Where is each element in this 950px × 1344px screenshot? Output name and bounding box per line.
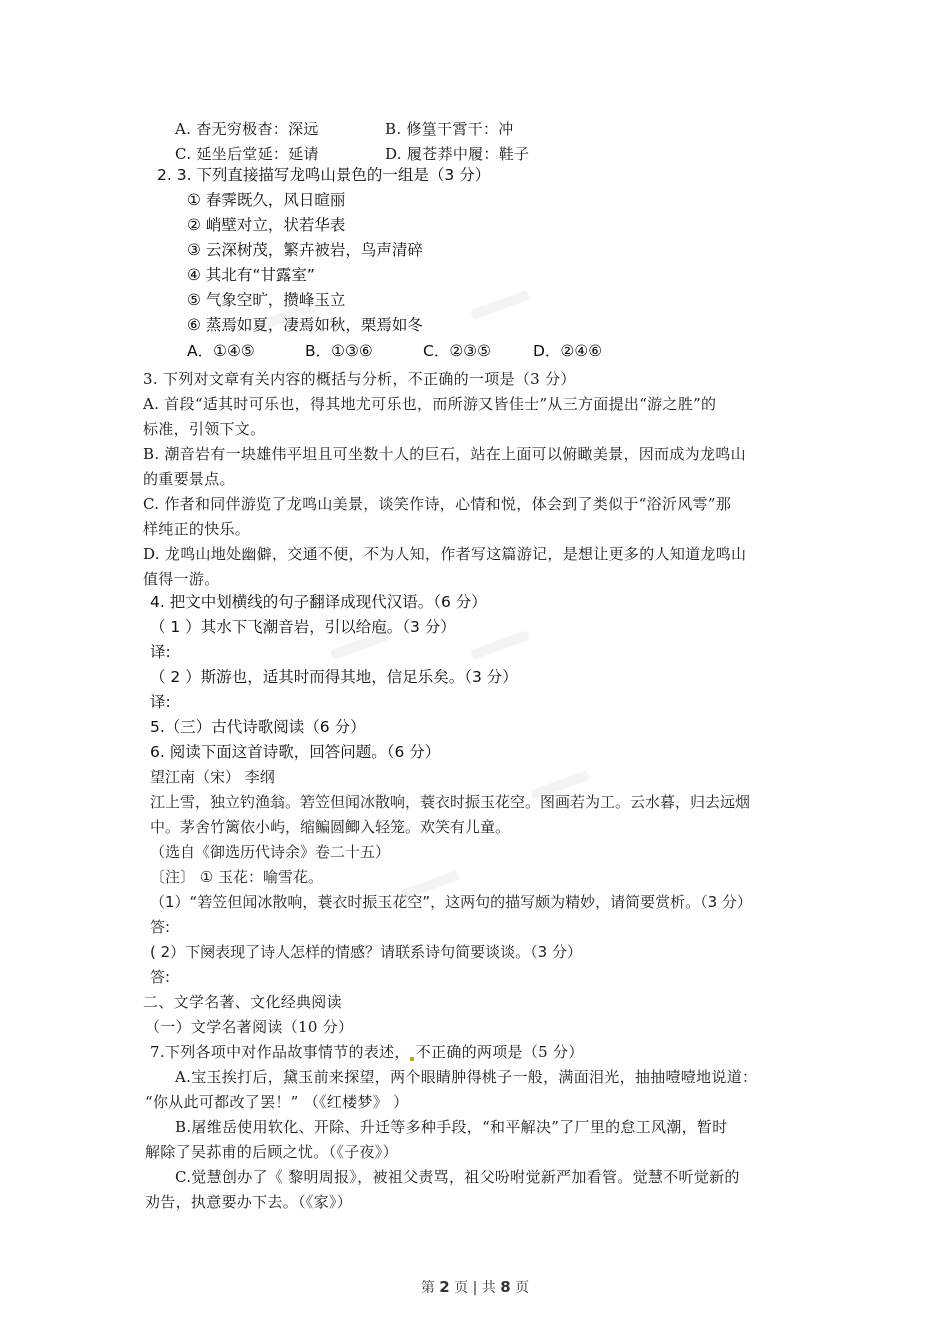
choice-b: B．①③⑥ [305,340,423,362]
q6-answer2-label: 答: [150,966,170,988]
q3-analysis-line: B. 潮音岩有一块雄伟平坦且可坐数十人的巨石，站在上面可以俯瞰美景，因而成为龙鸣… [143,443,746,465]
q4-answer1-label: 译: [150,641,171,663]
q3-analysis-line: D. 龙鸣山地处幽僻，交通不便，不为人知，作者写这篇游记，是想让更多的人知道龙鸣… [143,543,746,565]
footer-prefix: 第 [421,1280,435,1296]
q3-analysis-line: 的重要景点。 [143,468,235,490]
q7-option-line: 劝告，执意要办下去。（《家》） [145,1191,352,1213]
q7-stem-part1: 7.下列各项中对作品故事情节的表述， [150,1043,410,1061]
exam-page: A. 杳无穷极杳：深远B. 修篁干霄干：冲 C. 延坐后堂延：延请D. 履苍莽中… [0,0,950,1344]
watermark [470,630,530,660]
q4-answer2-label: 译: [150,691,171,713]
footer-suffix: 页 [515,1280,529,1296]
q6-stem: 6. 阅读下面这首诗歌，回答问题。（6 分） [150,741,440,763]
q3-scenery-item: ⑤ 气象空旷，攒峰玉立 [187,289,345,311]
choice-d: D．②④⑥ [533,342,602,360]
q2-options-row-1: A. 杳无穷极杳：深远B. 修篁干霄干：冲 [175,118,514,140]
q2-option-b: B. 修篁干霄干：冲 [385,120,514,138]
q3-analysis-line: 值得一游。 [143,568,220,590]
q3-scenery-stem: 2. 3. 下列直接描写龙鸣山景色的一组是（3 分） [157,164,490,186]
choice-c: C．②③⑤ [423,340,533,362]
q6-sub2: ( 2）下阕表现了诗人怎样的情感？请联系诗句简要谈谈。（3 分） [150,941,582,963]
q2-option-a: A. 杳无穷极杳：深远 [175,118,385,140]
q7-option-line: 解除了吴荪甫的后顾之忧。（《子夜》） [145,1141,398,1163]
choice-a: A．①④⑤ [187,340,305,362]
q4-sub2: （ 2 ）斯游也，适其时而得其地，信足乐矣。（3 分） [150,666,518,688]
poem-line: 中。茅舍竹篱依小屿，缩鳊圆鲫入轻笼。欢笑有儿童。 [150,816,510,838]
q7-option-line: C.觉慧创办了《 黎明周报》，被祖父责骂，祖父吩咐觉新严加看管。觉慧不听觉新的 [175,1166,740,1188]
q3-analysis-line: 标准，引领下文。 [143,418,265,440]
poem-source: （选自《御选历代诗余》卷二十五） [150,841,390,863]
q2-option-c: C. 延坐后堂延：延请 [175,143,385,165]
q3-scenery-choices: A．①④⑤B．①③⑥C．②③⑤D．②④⑥ [187,340,602,362]
section2-subheading: （一）文学名著阅读（10 分） [145,1016,353,1038]
total-pages-number: 8 [500,1278,510,1296]
poem-title: 望江南（宋） 李纲 [150,766,275,788]
highlight-mark [410,1057,414,1061]
q2-option-d: D. 履苍莽中履：鞋子 [385,145,529,163]
page-footer: 第 2 页 | 共 8 页 [0,1277,950,1297]
q7-stem: 7.下列各项中对作品故事情节的表述，不正确的两项是（5 分） [150,1041,584,1063]
q7-stem-part2: 不正确的两项是（5 分） [416,1043,584,1061]
section2-heading: 二、文学名著、文化经典阅读 [143,991,342,1013]
q4-stem: 4. 把文中划横线的句子翻译成现代汉语。（6 分） [150,591,487,613]
q2-options-row-2: C. 延坐后堂延：延请D. 履苍莽中履：鞋子 [175,143,529,165]
q3-scenery-item: ③ 云深树茂，繁卉被岩，鸟声清碎 [187,239,423,261]
q3-analysis-stem: 3. 下列对文章有关内容的概括与分析，不正确的一项是（3 分） [143,368,576,390]
q7-option-line: A.宝玉挨打后，黛玉前来探望，两个眼睛肿得桃子一般，满面泪光，抽抽噎噎地说道： [175,1066,757,1088]
q3-scenery-item: ① 春霁既久，风日暄丽 [187,189,345,211]
q7-option-line: B.屠维岳使用软化、开除、升迁等多种手段，“和平解决”了厂里的怠工风潮，暂时 [175,1116,728,1138]
poem-line: 江上雪，独立钓渔翁。箬笠但闻冰散响，蓑衣时振玉花空。图画若为工。云水暮，归去远烟 [150,791,750,813]
q3-scenery-item: ② 峭壁对立，状若华表 [187,214,345,236]
q3-analysis-line: A. 首段“适其时可乐也，得其地尤可乐也，而所游又皆佳士”从三方面提出“游之胜”… [143,393,716,415]
q6-answer1-label: 答: [150,916,170,938]
current-page-number: 2 [439,1278,449,1296]
poem-note: 〔注〕 ① 玉花：喻雪花。 [150,866,323,888]
footer-middle: 页 | 共 [454,1280,496,1296]
q6-sub1: （1）“箬笠但闻冰散响，蓑衣时振玉花空”，这两句的描写颇为精妙，请简要赏析。（3… [150,891,752,913]
q7-option-line: “你从此可都改了罢！” （《红楼梦》 ） [145,1091,408,1113]
q5-heading: 5.（三）古代诗歌阅读（6 分） [150,716,366,738]
q3-scenery-item: ④ 其北有“甘露室” [187,264,315,286]
watermark [470,290,530,320]
q4-sub1: （ 1 ）其水下飞潮音岩，引以给庖。（3 分） [150,616,456,638]
q3-analysis-line: 样纯正的快乐。 [143,518,250,540]
q3-scenery-item: ⑥ 蒸焉如夏，凄焉如秋，栗焉如冬 [187,314,423,336]
q3-analysis-line: C. 作者和同伴游览了龙鸣山美景，谈笑作诗，心情和悦，体会到了类似于“浴沂风雩”… [143,493,731,515]
